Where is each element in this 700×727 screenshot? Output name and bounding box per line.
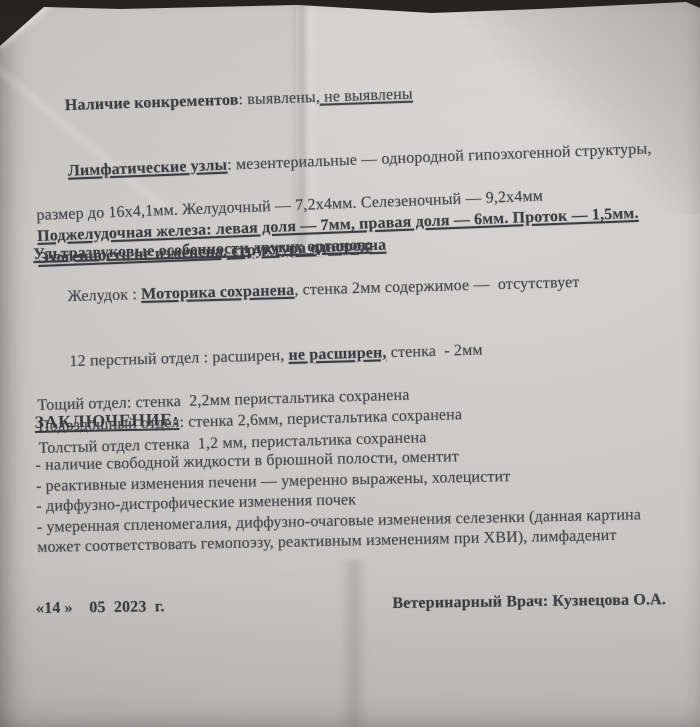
footer-row: «14 » 05 2023 г. Ветеринарный Врач: Кузн… (36, 589, 666, 619)
report-content: Наличие конкрементов: выявлены, не выявл… (0, 0, 700, 727)
duodenum-label: 12 перстный отдел : расширен, (69, 346, 289, 369)
stomach-marked-option: Моторика сохранена (141, 282, 295, 303)
duodenum-marked-option: не расширен, (288, 344, 387, 364)
concrements-selected-option: , не выявлены (316, 85, 414, 105)
stomach-label: Желудок : (67, 286, 141, 305)
section-conclusion: ЗАКЛЮЧЕНИЕ: - наличие свободной жидкости… (34, 398, 700, 558)
stomach-values: , стенка 2мм содержимое — отсутствует (294, 274, 580, 299)
concrements-value: : выявлены (238, 88, 316, 108)
paper-sheet: Наличие конкрементов: выявлены, не выявл… (0, 0, 700, 727)
conclusion-list: - наличие свободной жидкости в брюшной п… (35, 442, 700, 558)
duodenum-values: стенка - 2мм (386, 341, 483, 361)
concrements-label: Наличие конкрементов (65, 91, 239, 114)
date-field: «14 » 05 2023 г. (36, 596, 165, 619)
doctor-signature: Ветеринарный Врач: Кузнецова О.А. (392, 589, 666, 614)
document-photo: { "photo": { "background_color": "#37342… (0, 0, 700, 727)
lymph-nodes-values: : мезентериальные — однородной гипоэхоге… (227, 140, 652, 173)
lymph-nodes-label: Лимфатические узлы (68, 156, 228, 179)
